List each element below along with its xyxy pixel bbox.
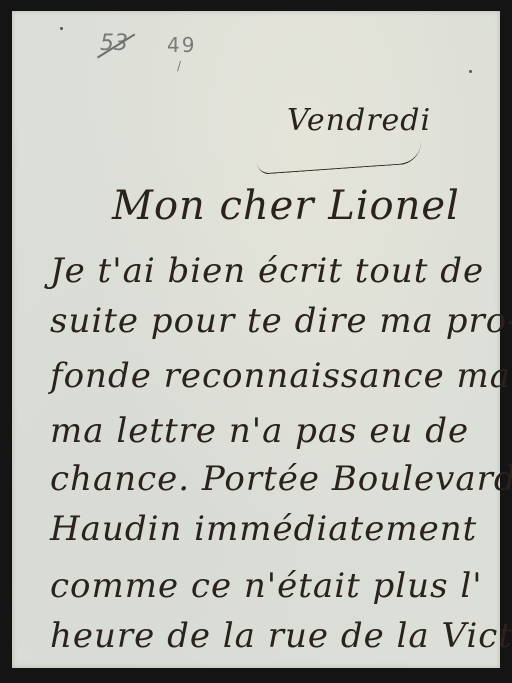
crossed-out-archive-number: 53 <box>100 31 128 56</box>
paper-blemish <box>469 70 472 73</box>
letter-body-line: fonde reconnaissance mais <box>50 356 512 396</box>
folio-tick-mark: / <box>177 59 181 73</box>
letter-body-line: Haudin immédiatement <box>50 509 477 549</box>
letter-body-line: Je t'ai bien écrit tout de <box>50 251 484 291</box>
letter-salutation: Mon cher Lionel <box>112 183 460 229</box>
letter-body-line: heure de la rue de la Victoire <box>50 616 512 656</box>
letter-body-line: chance. Portée Boulevard <box>50 459 512 499</box>
folio-number: 49 <box>167 33 196 57</box>
date-flourish-underline <box>256 140 422 174</box>
letter-page: 53 49 / Vendredi Mon cher Lionel Je t'ai… <box>12 11 500 668</box>
letter-body-line: comme ce n'était plus l' <box>50 566 483 606</box>
letter-date: Vendredi <box>287 103 431 138</box>
letter-body-line: suite pour te dire ma pro- <box>50 301 512 341</box>
letter-body-line: ma lettre n'a pas eu de <box>50 411 469 451</box>
paper-blemish <box>60 27 63 30</box>
